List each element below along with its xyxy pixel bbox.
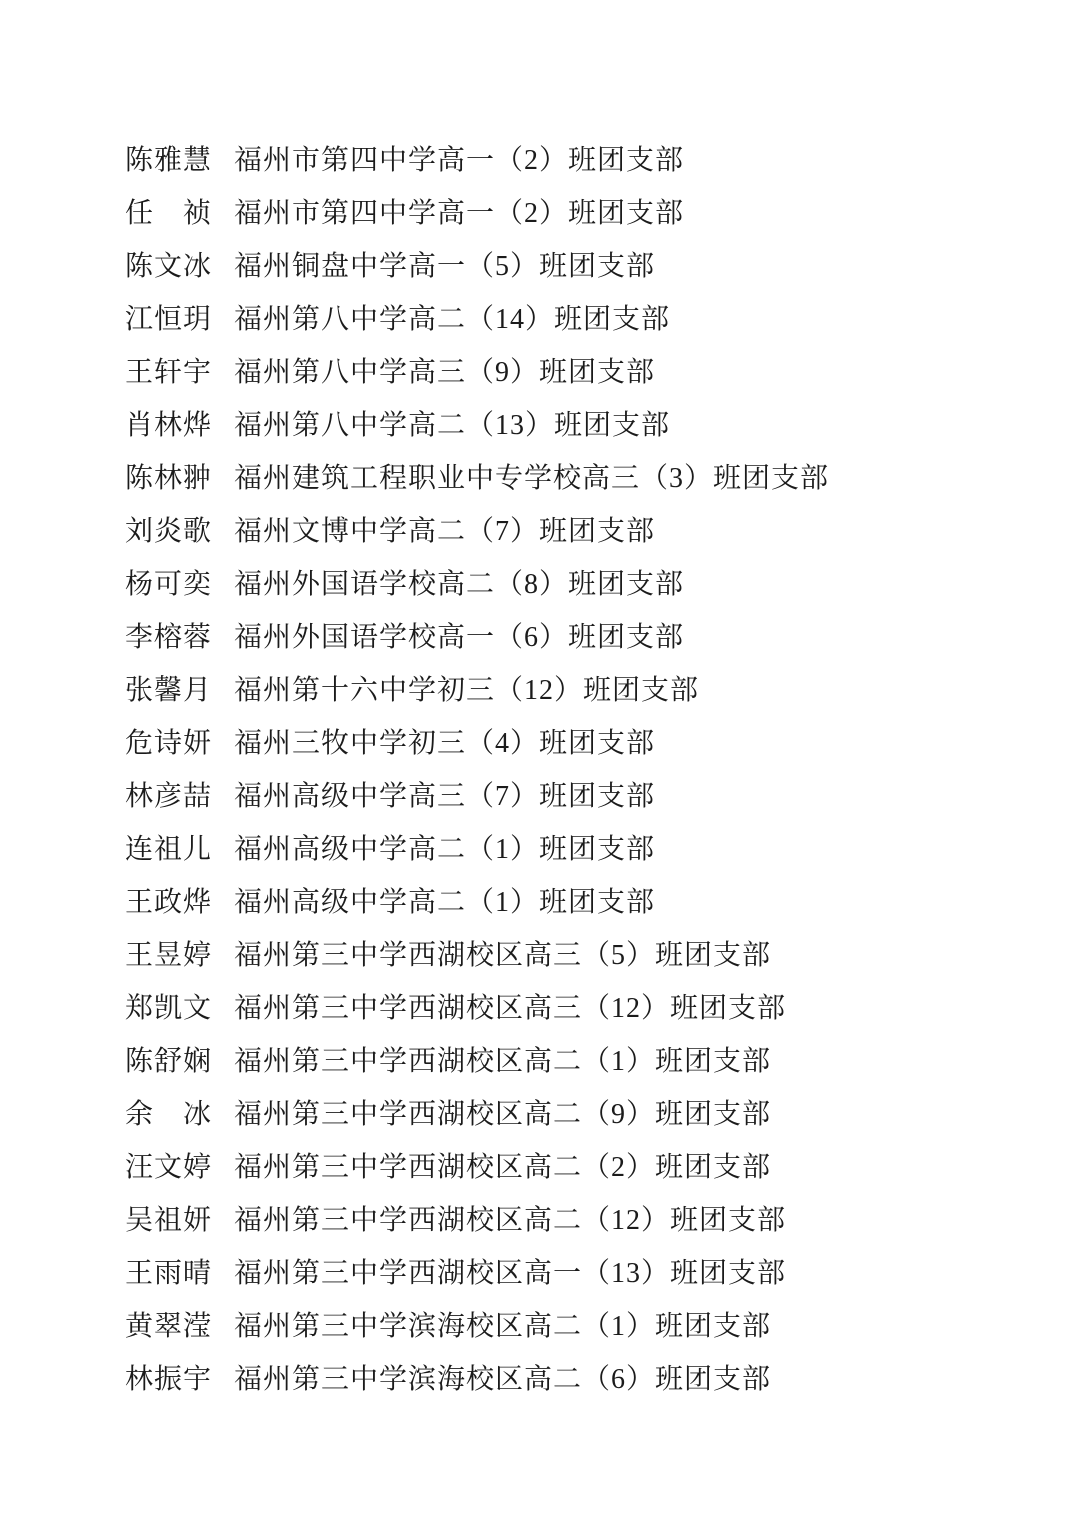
branch-name: 福州第十六中学初三（12）班团支部 bbox=[234, 676, 699, 706]
member-name: 刘炎歌 bbox=[125, 517, 211, 547]
member-name: 危诗妍 bbox=[125, 729, 211, 759]
branch-name: 福州高级中学高二（1）班团支部 bbox=[234, 835, 655, 865]
member-name: 余 冰 bbox=[125, 1100, 211, 1130]
roster-row: 陈文冰福州铜盘中学高一（5）班团支部 bbox=[125, 252, 1020, 282]
branch-name: 福州第三中学西湖校区高三（5）班团支部 bbox=[234, 941, 771, 971]
member-name: 汪文婷 bbox=[125, 1153, 211, 1183]
branch-name: 福州高级中学高三（7）班团支部 bbox=[234, 782, 655, 812]
branch-name: 福州第八中学高二（13）班团支部 bbox=[234, 411, 670, 441]
roster-row: 王雨晴福州第三中学西湖校区高一（13）班团支部 bbox=[125, 1259, 1020, 1289]
member-name: 王昱婷 bbox=[125, 941, 211, 971]
branch-name: 福州第三中学滨海校区高二（6）班团支部 bbox=[234, 1365, 771, 1395]
member-name: 郑凯文 bbox=[125, 994, 211, 1024]
branch-name: 福州第三中学西湖校区高二（9）班团支部 bbox=[234, 1100, 771, 1130]
roster-row: 林振宇福州第三中学滨海校区高二（6）班团支部 bbox=[125, 1365, 1020, 1395]
roster-row: 郑凯文福州第三中学西湖校区高三（12）班团支部 bbox=[125, 994, 1020, 1024]
roster-list: 陈雅慧福州市第四中学高一（2）班团支部 任 祯福州市第四中学高一（2）班团支部 … bbox=[125, 146, 1020, 1395]
member-name: 林彦喆 bbox=[125, 782, 211, 812]
branch-name: 福州第三中学西湖校区高三（12）班团支部 bbox=[234, 994, 786, 1024]
branch-name: 福州文博中学高二（7）班团支部 bbox=[234, 517, 655, 547]
member-name: 连祖儿 bbox=[125, 835, 211, 865]
branch-name: 福州外国语学校高二（8）班团支部 bbox=[234, 570, 684, 600]
branch-name: 福州第八中学高三（9）班团支部 bbox=[234, 358, 655, 388]
member-name: 陈文冰 bbox=[125, 252, 211, 282]
branch-name: 福州市第四中学高一（2）班团支部 bbox=[234, 146, 684, 176]
document-page: 陈雅慧福州市第四中学高一（2）班团支部 任 祯福州市第四中学高一（2）班团支部 … bbox=[0, 0, 1080, 1527]
branch-name: 福州第三中学滨海校区高二（1）班团支部 bbox=[234, 1312, 771, 1342]
roster-row: 杨可奕福州外国语学校高二（8）班团支部 bbox=[125, 570, 1020, 600]
roster-row: 林彦喆福州高级中学高三（7）班团支部 bbox=[125, 782, 1020, 812]
branch-name: 福州建筑工程职业中专学校高三（3）班团支部 bbox=[234, 464, 829, 494]
branch-name: 福州高级中学高二（1）班团支部 bbox=[234, 888, 655, 918]
branch-name: 福州三牧中学初三（4）班团支部 bbox=[234, 729, 655, 759]
member-name: 杨可奕 bbox=[125, 570, 211, 600]
branch-name: 福州第三中学西湖校区高二（2）班团支部 bbox=[234, 1153, 771, 1183]
roster-row: 王政烨福州高级中学高二（1）班团支部 bbox=[125, 888, 1020, 918]
roster-row: 李榕蓉福州外国语学校高一（6）班团支部 bbox=[125, 623, 1020, 653]
roster-row: 张馨月福州第十六中学初三（12）班团支部 bbox=[125, 676, 1020, 706]
roster-row: 危诗妍福州三牧中学初三（4）班团支部 bbox=[125, 729, 1020, 759]
member-name: 王政烨 bbox=[125, 888, 211, 918]
member-name: 陈林翀 bbox=[125, 464, 211, 494]
member-name: 陈雅慧 bbox=[125, 146, 211, 176]
branch-name: 福州第八中学高二（14）班团支部 bbox=[234, 305, 670, 335]
member-name: 林振宇 bbox=[125, 1365, 211, 1395]
member-name: 肖林烨 bbox=[125, 411, 211, 441]
roster-row: 任 祯福州市第四中学高一（2）班团支部 bbox=[125, 199, 1020, 229]
member-name: 黄翠滢 bbox=[125, 1312, 211, 1342]
roster-row: 黄翠滢福州第三中学滨海校区高二（1）班团支部 bbox=[125, 1312, 1020, 1342]
member-name: 张馨月 bbox=[125, 676, 211, 706]
member-name: 王雨晴 bbox=[125, 1259, 211, 1289]
member-name: 李榕蓉 bbox=[125, 623, 211, 653]
roster-row: 王昱婷福州第三中学西湖校区高三（5）班团支部 bbox=[125, 941, 1020, 971]
member-name: 王轩宇 bbox=[125, 358, 211, 388]
member-name: 任 祯 bbox=[125, 199, 211, 229]
roster-row: 王轩宇福州第八中学高三（9）班团支部 bbox=[125, 358, 1020, 388]
member-name: 陈舒娴 bbox=[125, 1047, 211, 1077]
branch-name: 福州第三中学西湖校区高一（13）班团支部 bbox=[234, 1259, 786, 1289]
branch-name: 福州第三中学西湖校区高二（12）班团支部 bbox=[234, 1206, 786, 1236]
roster-row: 汪文婷福州第三中学西湖校区高二（2）班团支部 bbox=[125, 1153, 1020, 1183]
roster-row: 陈雅慧福州市第四中学高一（2）班团支部 bbox=[125, 146, 1020, 176]
roster-row: 连祖儿福州高级中学高二（1）班团支部 bbox=[125, 835, 1020, 865]
branch-name: 福州市第四中学高一（2）班团支部 bbox=[234, 199, 684, 229]
roster-row: 刘炎歌福州文博中学高二（7）班团支部 bbox=[125, 517, 1020, 547]
member-name: 江恒玥 bbox=[125, 305, 211, 335]
roster-row: 陈舒娴福州第三中学西湖校区高二（1）班团支部 bbox=[125, 1047, 1020, 1077]
branch-name: 福州铜盘中学高一（5）班团支部 bbox=[234, 252, 655, 282]
roster-row: 肖林烨福州第八中学高二（13）班团支部 bbox=[125, 411, 1020, 441]
roster-row: 余 冰福州第三中学西湖校区高二（9）班团支部 bbox=[125, 1100, 1020, 1130]
branch-name: 福州第三中学西湖校区高二（1）班团支部 bbox=[234, 1047, 771, 1077]
roster-row: 陈林翀福州建筑工程职业中专学校高三（3）班团支部 bbox=[125, 464, 1020, 494]
roster-row: 江恒玥福州第八中学高二（14）班团支部 bbox=[125, 305, 1020, 335]
branch-name: 福州外国语学校高一（6）班团支部 bbox=[234, 623, 684, 653]
member-name: 吴祖妍 bbox=[125, 1206, 211, 1236]
roster-row: 吴祖妍福州第三中学西湖校区高二（12）班团支部 bbox=[125, 1206, 1020, 1236]
